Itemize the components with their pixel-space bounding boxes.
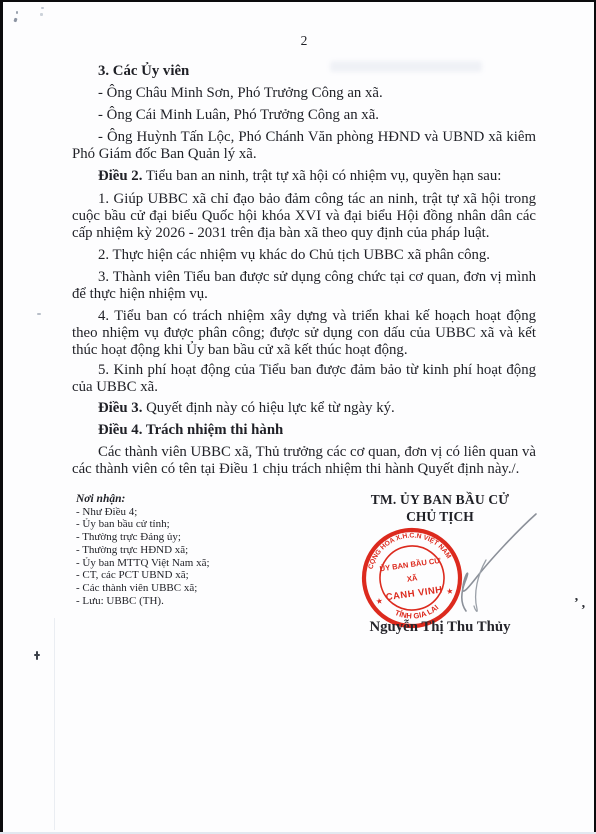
- recipient-item: - Ủy ban bầu cử tỉnh;: [76, 518, 306, 531]
- clause-1: 1. Giúp UBBC xã chỉ đạo bảo đảm công tác…: [72, 191, 536, 242]
- member-item: - Ông Cái Minh Luân, Phó Trưởng Công an …: [72, 107, 536, 124]
- handwritten-signature: [428, 498, 548, 623]
- scan-edge-top: [0, 0, 596, 2]
- recipient-item: - Thường trực HĐND xã;: [76, 544, 306, 557]
- recipient-item: - Ủy ban MTTQ Việt Nam xã;: [76, 557, 306, 570]
- article-2-text: Tiểu ban an ninh, trật tự xã hội có nhiệ…: [142, 168, 501, 184]
- stray-pen-mark: ’,: [574, 597, 588, 611]
- scan-speck: [16, 11, 18, 14]
- clause-4: 4. Tiểu ban có trách nhiệm xây dựng và t…: [72, 308, 536, 359]
- scan-speck: [40, 13, 43, 16]
- section-heading: 3. Các Ủy viên: [72, 63, 536, 80]
- page-number: 2: [72, 26, 536, 49]
- article-3-label: Điều 3.: [98, 400, 142, 416]
- closing-paragraph: Các thành viên UBBC xã, Thủ trưởng các c…: [72, 444, 536, 478]
- stamp-star-left: ★: [375, 596, 383, 606]
- recipients-label: Nơi nhận:: [76, 493, 306, 506]
- scan-speck: [41, 7, 44, 9]
- article-2-label: Điều 2.: [98, 168, 142, 184]
- article-3: Điều 3. Quyết định này có hiệu lực kể từ…: [72, 400, 536, 417]
- recipient-item: - Các thành viên UBBC xã;: [76, 582, 306, 595]
- recipient-item: - Lưu: UBBC (TH).: [76, 595, 306, 608]
- signature-stroke-main: [462, 514, 536, 611]
- recipient-item: - CT, các PCT UBND xã;: [76, 569, 306, 582]
- scan-edge-left: [0, 0, 3, 834]
- scan-speck: [34, 654, 40, 656]
- article-4: Điều 4. Trách nhiệm thi hành: [72, 422, 536, 439]
- scanned-document-page: ’, 2 3. Các Ủy viên - Ông Châu Minh Sơn,…: [0, 0, 596, 834]
- signer-name: Nguyễn Thị Thu Thủy: [330, 619, 550, 636]
- recipient-item: - Như Điều 4;: [76, 506, 306, 519]
- recipients-block: Nơi nhận: - Như Điều 4; - Ủy ban bầu cử …: [76, 493, 306, 607]
- paper-fold-line: [54, 618, 55, 830]
- article-3-text: Quyết định này có hiệu lực kể từ ngày ký…: [142, 400, 394, 416]
- scan-speck: [37, 313, 41, 315]
- stamp-center-line2: XÃ: [406, 573, 418, 583]
- clause-5: 5. Kinh phí hoạt động của Tiểu ban được …: [72, 362, 536, 396]
- clause-3: 3. Thành viên Tiểu ban được sử dụng công…: [72, 269, 536, 303]
- article-2: Điều 2. Tiểu ban an ninh, trật tự xã hội…: [72, 168, 536, 185]
- member-item: - Ông Huỳnh Tấn Lộc, Phó Chánh Văn phòng…: [72, 129, 536, 163]
- document-body: 2 3. Các Ủy viên - Ông Châu Minh Sơn, Ph…: [72, 26, 536, 478]
- scan-speck: [13, 18, 17, 23]
- clause-2: 2. Thực hiện các nhiệm vụ khác do Chủ tị…: [72, 247, 536, 264]
- member-item: - Ông Châu Minh Sơn, Phó Trưởng Công an …: [72, 85, 536, 102]
- recipient-item: - Thường trực Đảng ủy;: [76, 531, 306, 544]
